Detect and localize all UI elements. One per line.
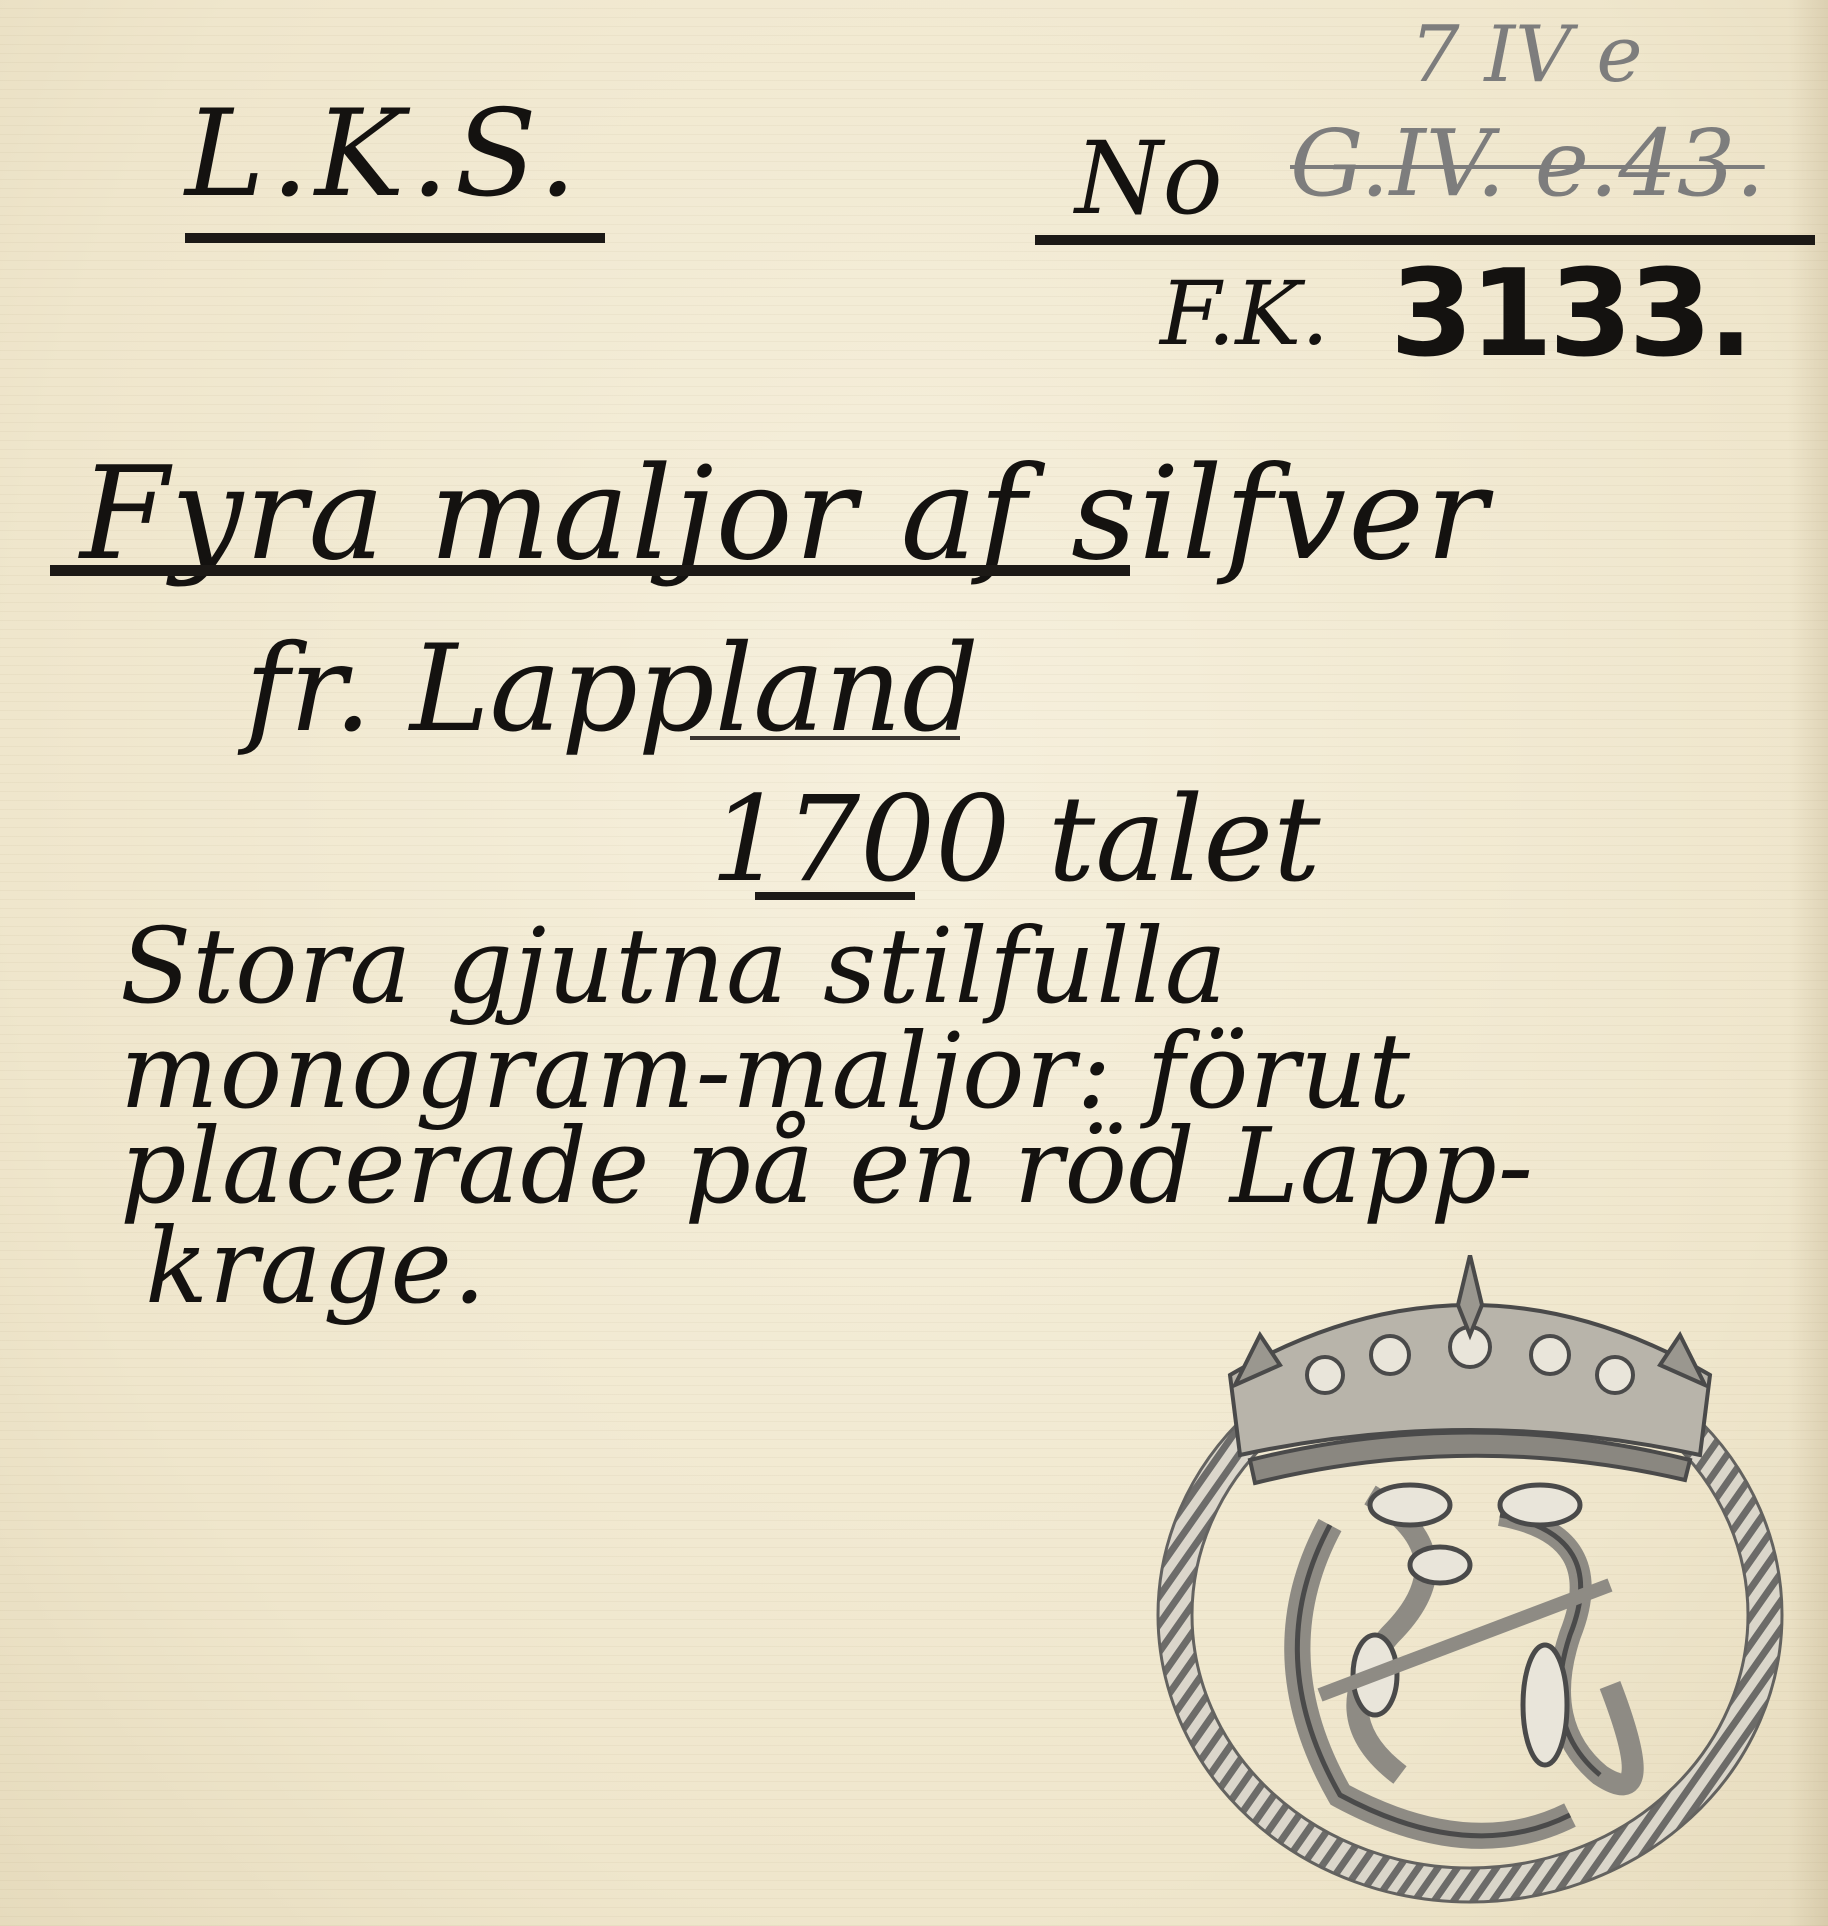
struck-old-number: G.IV. e.43. [1290,110,1765,217]
origin-underline [690,736,960,740]
monogram-icon [1297,1485,1632,1836]
crown-icon [1230,1255,1710,1483]
description-line: Stora gjutna stilfulla [120,905,1228,1027]
catalogue-number: 3133. [1390,245,1750,384]
collection-underline [185,233,605,243]
description-line: krage. [145,1205,487,1327]
monogram-brooch-sketch [1140,1255,1800,1905]
pencil-classification: 7 IV e [1410,10,1643,100]
catalogue-prefix: F.K. [1160,262,1329,365]
entry-era: 1700 talet [710,770,1321,908]
era-underline [755,892,915,900]
number-rule [1035,235,1815,245]
title-underline [50,565,1130,576]
collection-mark: L.K.S. [185,85,583,224]
number-label: No [1075,120,1223,237]
